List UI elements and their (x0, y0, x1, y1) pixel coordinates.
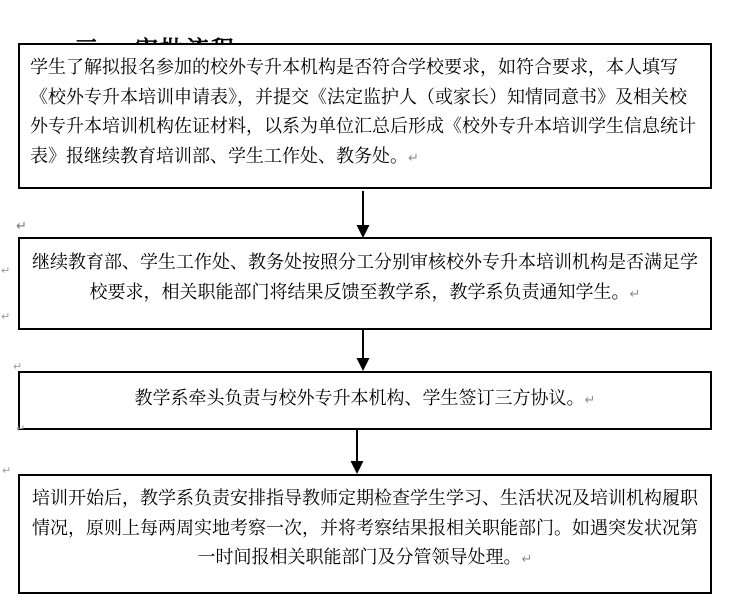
paragraph-mark-icon: ↵ (1, 312, 10, 323)
flow-step-1-box: 学生了解拟报名参加的校外专升本机构是否符合学校要求，如符合要求，本人填写 《校外… (18, 43, 712, 189)
flow-step-2-text: 继续教育部、学生工作处、教务处按照分工分别审核校外专升本培训机构是否满足学 校要… (32, 252, 698, 302)
paragraph-mark-icon: ↵ (522, 551, 533, 566)
flow-step-1-text: 学生了解拟报名参加的校外专升本机构是否符合学校要求，如符合要求，本人填写 《校外… (30, 57, 696, 166)
paragraph-mark-icon: ↵ (408, 150, 419, 165)
down-arrow-icon (355, 329, 371, 371)
paragraph-mark-icon: ↵ (585, 392, 596, 407)
down-arrow-icon (349, 429, 365, 474)
flow-step-4-box: 培训开始后，教学系负责安排指导教师定期检查学生学习、生活状况及培训机构履职 情况… (18, 474, 712, 594)
paragraph-mark-icon: ↵ (16, 424, 25, 435)
paragraph-mark-icon: ↵ (13, 362, 22, 373)
paragraph-mark-icon: ↵ (2, 466, 11, 477)
flow-step-4-text: 培训开始后，教学系负责安排指导教师定期检查学生学习、生活状况及培训机构履职 情况… (32, 488, 698, 567)
paragraph-mark-icon: ↵ (1, 266, 10, 277)
paragraph-mark-icon: ↵ (16, 220, 27, 231)
flow-step-2-box: 继续教育部、学生工作处、教务处按照分工分别审核校外专升本培训机构是否满足学 校要… (18, 237, 712, 330)
down-arrow-icon (355, 191, 371, 238)
paragraph-mark-icon: ↵ (630, 286, 641, 301)
flow-step-3-box: 教学系牵头负责与校外专升本机构、学生签订三方协议。↵ (18, 371, 712, 430)
flow-step-3-text: 教学系牵头负责与校外专升本机构、学生签订三方协议。 (135, 388, 585, 408)
